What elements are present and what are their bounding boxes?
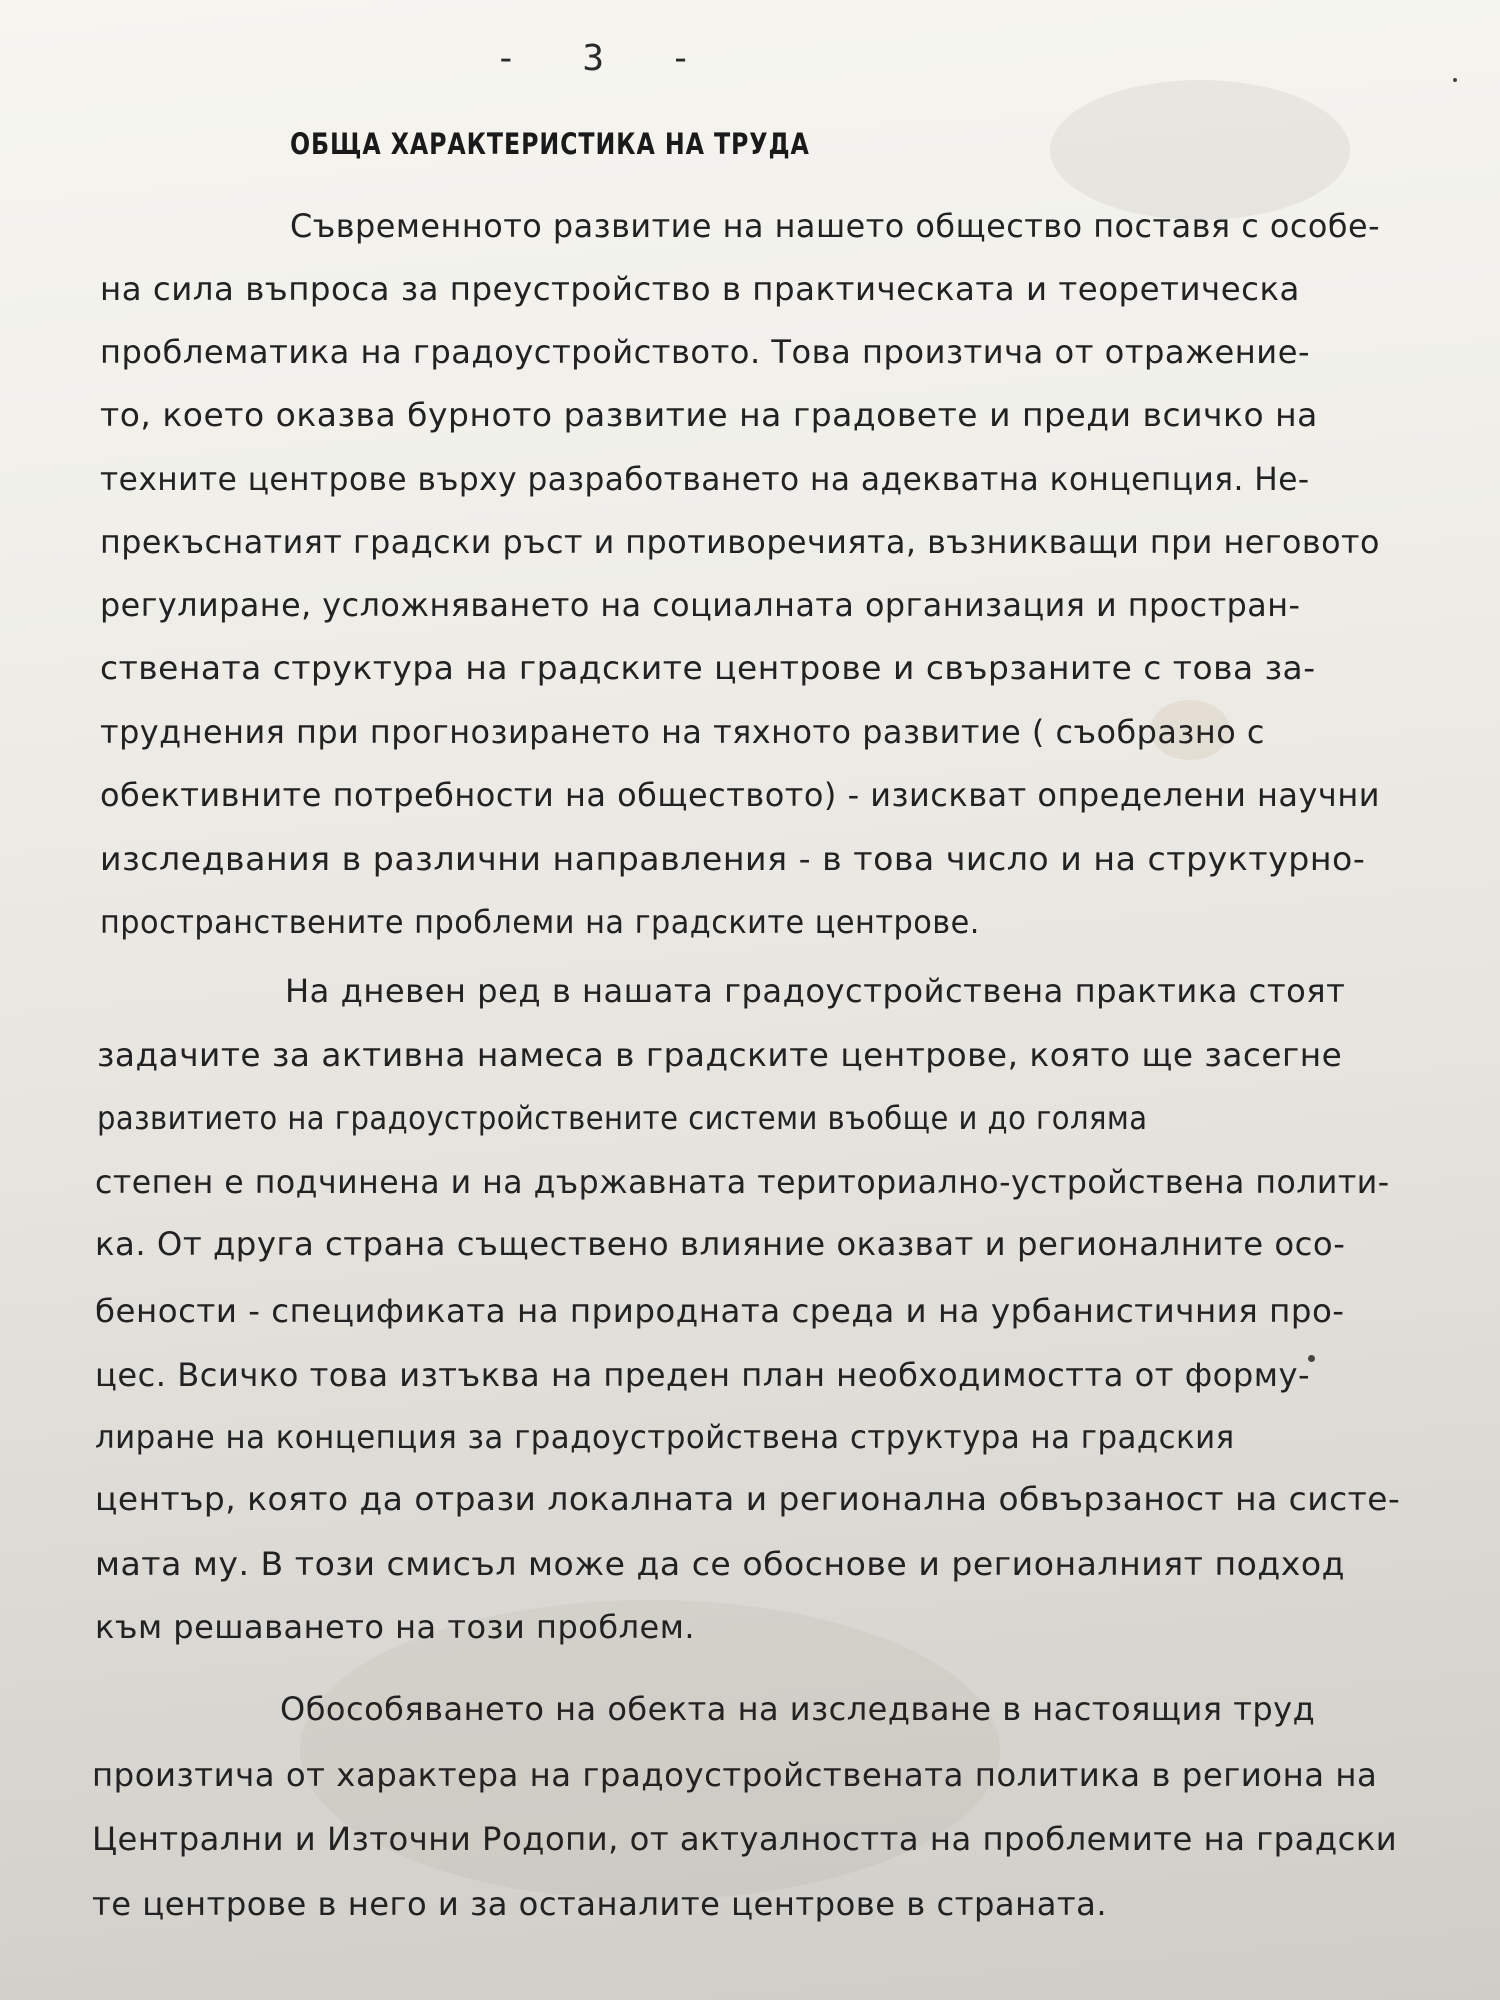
text-line: труднения при прогнозирането на тяхното … — [100, 713, 1265, 751]
text-line: обективните потребности на обществото) -… — [100, 776, 1380, 814]
speck-mark — [1453, 78, 1457, 82]
text-line: изследвания в различни направления - в т… — [100, 840, 1365, 878]
text-line: прекъснатият градски ръст и противоречия… — [100, 523, 1380, 561]
text-line: степен е подчинена и на държавната терит… — [95, 1163, 1390, 1201]
text-line: Обособяването на обекта на изследване в … — [280, 1690, 1315, 1728]
text-line: произтича от характера на градоустройств… — [92, 1756, 1377, 1794]
text-line: ствената структура на градските центрове… — [100, 649, 1316, 687]
document-heading: ОБЩА ХАРАКТЕРИСТИКА НА ТРУДА — [290, 127, 810, 161]
text-line: пространствените проблеми на градските ц… — [100, 903, 980, 941]
text-line: те центрове в него и за останалите центр… — [92, 1885, 1107, 1923]
text-line: мата му. В този смисъл може да се обосно… — [95, 1545, 1345, 1583]
text-line: бености - спецификата на природната сред… — [95, 1292, 1345, 1330]
text-line: към решаването на този проблем. — [95, 1608, 695, 1646]
text-line: център, която да отрази локалната и реги… — [95, 1480, 1400, 1518]
text-line: ка. От друга страна съществено влияние о… — [95, 1225, 1345, 1263]
document-page: - 3 - ОБЩА ХАРАКТЕРИСТИКА НА ТРУДА Съвре… — [0, 0, 1500, 2000]
text-line: на сила въпроса за преустройство в практ… — [100, 270, 1300, 308]
text-line: На дневен ред в нашата градоустройствена… — [285, 972, 1345, 1010]
text-line: проблематика на градоустройството. Това … — [100, 333, 1310, 371]
text-line: Съвременното развитие на нашето общество… — [290, 207, 1380, 245]
text-line: техните центрове върху разработването на… — [100, 460, 1310, 498]
text-line: задачите за активна намеса в градските ц… — [97, 1036, 1342, 1074]
text-line: цес. Всичко това изтъква на преден план … — [95, 1356, 1310, 1394]
text-line: то, което оказва бурното развитие на гра… — [100, 396, 1318, 434]
text-line: регулиране, усложняването на социалната … — [100, 586, 1300, 624]
text-line: лиране на концепция за градоустройствена… — [95, 1418, 1235, 1456]
text-line: развитието на градоустройствените систем… — [97, 1099, 1148, 1137]
text-line: Централни и Източни Родопи, от актуалнос… — [92, 1820, 1397, 1858]
page-number: - 3 - — [495, 38, 713, 79]
